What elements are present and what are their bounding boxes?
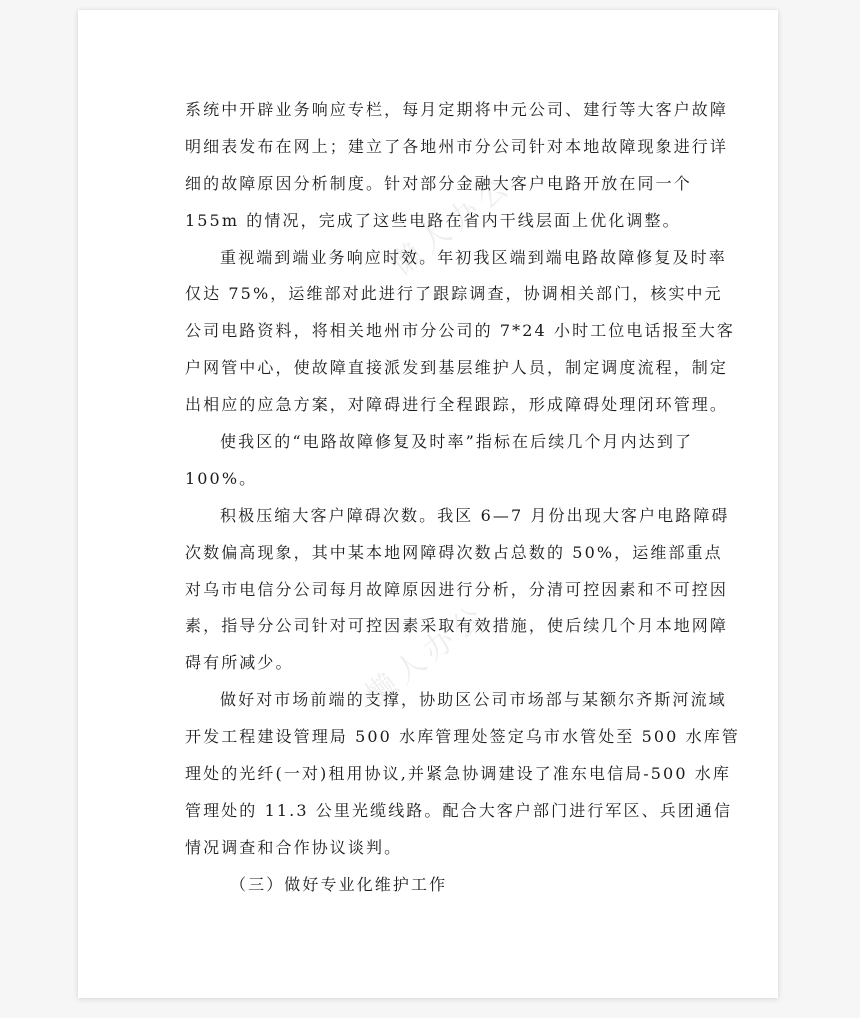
watermark: 懒人办公	[78, 390, 85, 513]
text-line: 155m 的情况，完成了这些电路在省内干线层面上优化调整。	[185, 206, 675, 243]
text-line: 明细表发布在网上；建立了各地州市分公司针对本地故障现象进行详	[185, 132, 675, 169]
text-line: 理处的光纤(一对)租用协议,并紧急协调建设了准东电信局-500 水库	[185, 759, 675, 796]
text-line: 次数偏高现象，其中某本地网障碍次数占总数的 50%，运维部重点	[185, 538, 675, 575]
paragraph-start-line: 重视端到端业务响应时效。年初我区端到端电路故障修复及时率	[185, 243, 675, 280]
text-line: 出相应的应急方案，对障碍进行全程跟踪，形成障碍处理闭环管理。	[185, 390, 675, 427]
text-line: 开发工程建设管理局 500 水库管理处签定乌市水管处至 500 水库管	[185, 722, 675, 759]
section-heading: （三）做好专业化维护工作	[185, 870, 675, 907]
paragraph-start-line: 做好对市场前端的支撑，协助区公司市场部与某额尔齐斯河流域	[185, 685, 675, 722]
text-line: 公司电路资料，将相关地州市分公司的 7*24 小时工位电话报至大客	[185, 316, 675, 353]
watermark: 懒人办公	[78, 810, 85, 933]
text-line: 100%。	[185, 464, 675, 501]
text-line: 系统中开辟业务响应专栏，每月定期将中元公司、建行等大客户故障	[185, 95, 675, 132]
text-line: 管理处的 11.3 公里光缆线路。配合大客户部门进行军区、兵团通信	[185, 796, 675, 833]
text-line: 对乌市电信分公司每月故障原因进行分析，分清可控因素和不可控因	[185, 575, 675, 612]
document-page: 懒人办公 懒人办公 懒人办公 懒人办公 懒人办公 懒人办公 系统中开辟业务响应专…	[78, 10, 778, 998]
text-line: 碍有所减少。	[185, 648, 675, 685]
text-line: 户网管中心，使故障直接派发到基层维护人员，制定调度流程，制定	[185, 353, 675, 390]
text-line: 情况调查和合作协议谈判。	[185, 833, 675, 870]
text-line: 细的故障原因分析制度。针对部分金融大客户电路开放在同一个	[185, 169, 675, 206]
text-line: 仅达 75%，运维部对此进行了跟踪调查，协调相关部门，核实中元	[185, 279, 675, 316]
text-line: 素，指导分公司针对可控因素采取有效措施，使后续几个月本地网障	[185, 611, 675, 648]
paragraph-start-line: 积极压缩大客户障碍次数。我区 6—7 月份出现大客户电路障碍	[185, 501, 675, 538]
paragraph-start-line: 使我区的“电路故障修复及时率”指标在后续几个月内达到了	[185, 427, 675, 464]
document-body: 系统中开辟业务响应专栏，每月定期将中元公司、建行等大客户故障 明细表发布在网上；…	[185, 95, 675, 907]
